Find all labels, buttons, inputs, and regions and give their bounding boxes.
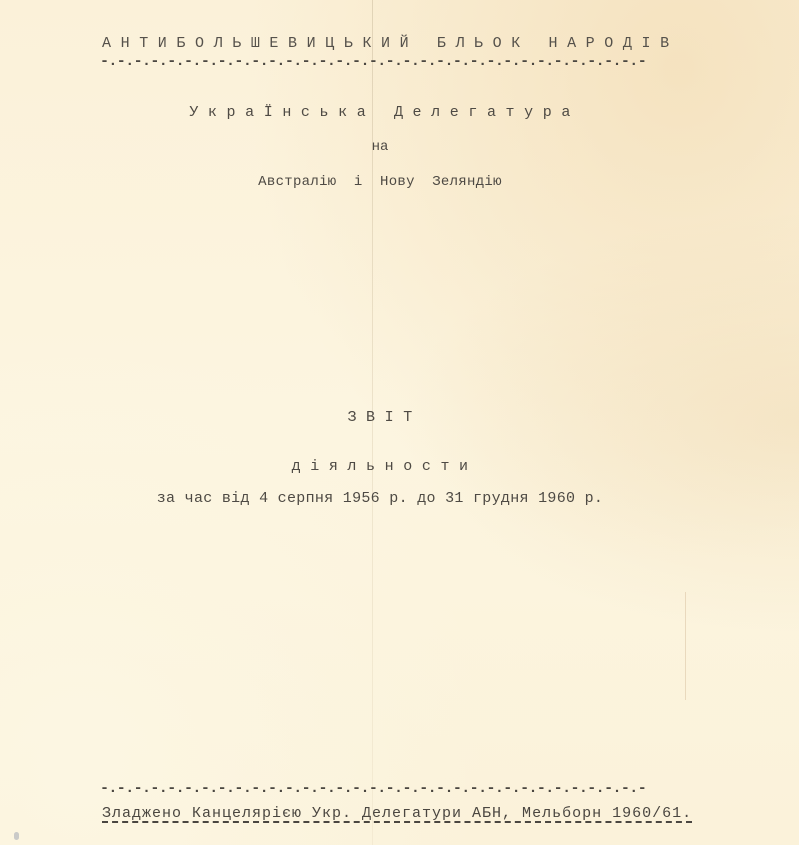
footer-note: Зладжено Канцелярією Укр. Делегатури АБН… [102,806,692,821]
bottom-separator: -.-.-.-.-.-.-.-.-.-.-.-.-.-.-.-.-.-.-.-.… [100,781,646,796]
document-page: А Н Т И Б О Л Ь Ш Е В И Ц Ь К И Й Б Л Ь … [0,0,799,845]
report-period: за час від 4 серпня 1956 р. до 31 грудня… [0,491,760,506]
preposition-line: на [0,140,760,154]
paper-crease [685,592,686,700]
report-title: З В І Т [0,410,760,425]
report-subtitle: д і я л ь н о с т и [0,459,760,474]
region-line: Австралію і Нову Зеляндію [0,175,760,189]
organization-title: А Н Т И Б О Л Ь Ш Е В И Ц Ь К И Й Б Л Ь … [102,36,669,51]
delegation-heading: У к р а Ї н с ь к а Д е л е г а т у р а [0,105,760,120]
top-separator: -.-.-.-.-.-.-.-.-.-.-.-.-.-.-.-.-.-.-.-.… [100,54,646,69]
paper-speck [14,832,19,840]
